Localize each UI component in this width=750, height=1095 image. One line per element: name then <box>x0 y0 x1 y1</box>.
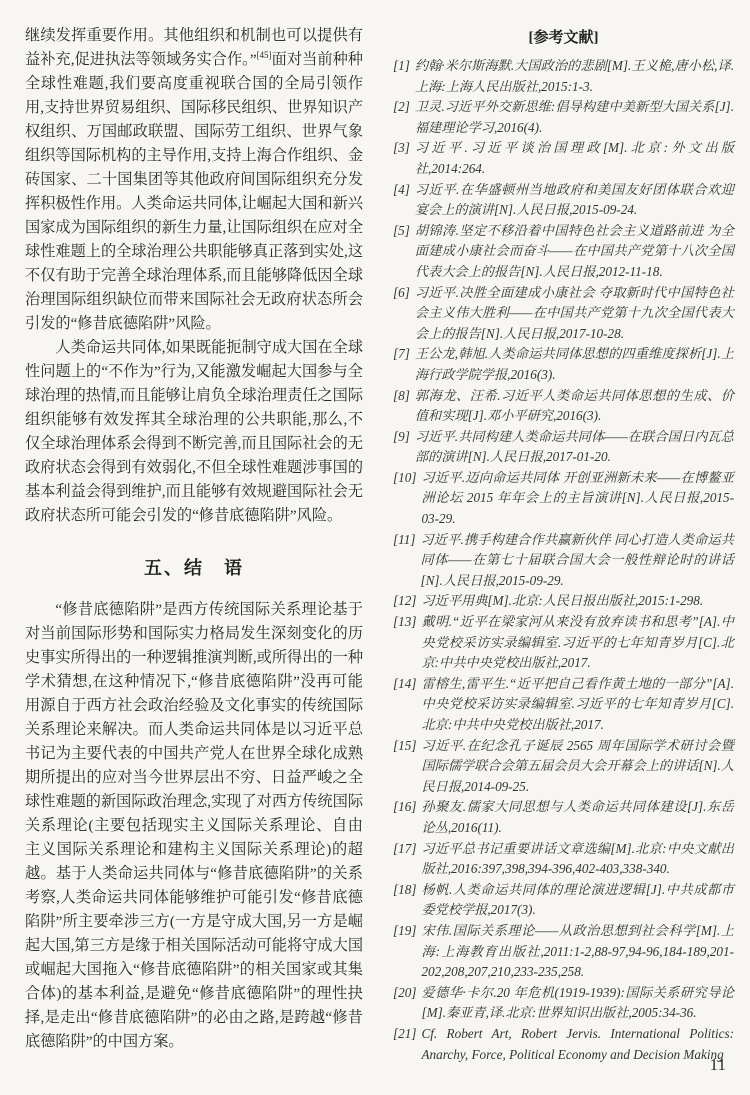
reference-item: [17] 习近平总书记重要讲话文章选编[M].北京:中央文献出版社,2016:3… <box>393 839 734 880</box>
reference-text: 杨帆.人类命运共同体的理论演进逻辑[J].中共成都市委党校学报,2017(3). <box>421 880 734 921</box>
reference-text: 约翰·米尔斯海默.大国政治的悲剧[M].王义桅,唐小松,译.上海:上海人民出版社… <box>415 56 734 97</box>
reference-item: [4] 习近平.在华盛顿州当地政府和美国友好团体联合欢迎宴会上的演讲[N].人民… <box>393 180 734 221</box>
reference-text: 爱德华·卡尔.20 年危机(1919-1939):国际关系研究导论[M].秦亚青… <box>421 983 734 1024</box>
paragraph: 人类命运共同体,如果既能扼制守成大国在全球性问题上的“不作为”行为,又能激发崛起… <box>25 336 363 528</box>
reference-number: [16] <box>393 797 416 818</box>
reference-item: [12] 习近平用典[M].北京:人民日报出版社,2015:1-298. <box>393 591 734 612</box>
reference-text: 雷榕生,雷平生.“近平把自己看作黄土地的一部分”[A].中央党校采访实录编辑室.… <box>421 674 734 736</box>
reference-item: [21] Cf. Robert Art, Robert Jervis. Inte… <box>393 1024 734 1065</box>
reference-number: [10] <box>393 468 416 489</box>
reference-item: [6] 习近平.决胜全面建成小康社会 夺取新时代中国特色社会主义伟大胜利——在中… <box>393 283 734 345</box>
reference-item: [5] 胡锦涛.坚定不移沿着中国特色社会主义道路前进 为全面建成小康社会而奋斗—… <box>393 221 734 283</box>
reference-item: [7] 王公龙,韩旭.人类命运共同体思想的四重维度探析[J].上海行政学院学报,… <box>393 344 734 385</box>
reference-text: 习近平用典[M].北京:人民日报出版社,2015:1-298. <box>421 591 734 612</box>
reference-number: [4] <box>393 180 410 201</box>
reference-number: [20] <box>393 983 416 1004</box>
reference-text: 胡锦涛.坚定不移沿着中国特色社会主义道路前进 为全面建成小康社会而奋斗——在中国… <box>415 221 734 283</box>
reference-text: 习近平.在纪念孔子诞辰 2565 周年国际学术研讨会暨国际儒学联合会第五届会员大… <box>421 736 734 798</box>
reference-number: [15] <box>393 736 416 757</box>
reference-number: [11] <box>393 530 415 551</box>
reference-list: [1] 约翰·米尔斯海默.大国政治的悲剧[M].王义桅,唐小松,译.上海:上海人… <box>393 56 734 1065</box>
reference-number: [1] <box>393 56 410 77</box>
reference-text: 习近平.迈向命运共同体 开创亚洲新未来——在博鳌亚洲论坛 2015 年年会上的主… <box>421 468 734 530</box>
reference-number: [13] <box>393 612 416 633</box>
reference-number: [17] <box>393 839 416 860</box>
right-column: [参考文献] [1] 约翰·米尔斯海默.大国政治的悲剧[M].王义桅,唐小松,译… <box>393 24 734 1095</box>
reference-number: [2] <box>393 97 410 118</box>
reference-number: [19] <box>393 921 416 942</box>
reference-item: [19] 宋伟.国际关系理论——从政治思想到社会科学[M].上海:上海教育出版社… <box>393 921 734 983</box>
reference-item: [11] 习近平.携手构建合作共赢新伙伴 同心打造人类命运共同体——在第七十届联… <box>393 530 734 592</box>
reference-item: [13] 戴明.“近平在梁家河从来没有放弃读书和思考”[A].中央党校采访实录编… <box>393 612 734 674</box>
reference-item: [14] 雷榕生,雷平生.“近平把自己看作黄土地的一部分”[A].中央党校采访实… <box>393 674 734 736</box>
reference-text: 宋伟.国际关系理论——从政治思想到社会科学[M].上海:上海教育出版社,2011… <box>421 921 734 983</box>
reference-number: [12] <box>393 591 416 612</box>
reference-number: [7] <box>393 344 410 365</box>
reference-text: Cf. Robert Art, Robert Jervis. Internati… <box>421 1024 734 1065</box>
references-header: [参考文献] <box>393 26 734 47</box>
reference-item: [3] 习近平.习近平谈治国理政[M].北京:外文出版社,2014:264. <box>393 138 734 179</box>
reference-item: [9] 习近平.共同构建人类命运共同体——在联合国日内瓦总部的演讲[N].人民日… <box>393 427 734 468</box>
section-heading: 五、结 语 <box>25 554 363 580</box>
conclusion-paragraph: “修昔底德陷阱”是西方传统国际关系理论基于对当前国际形势和国际实力格局发生深刻变… <box>25 598 363 1054</box>
reference-item: [10] 习近平.迈向命运共同体 开创亚洲新未来——在博鳌亚洲论坛 2015 年… <box>393 468 734 530</box>
paragraph-continued: 继续发挥重要作用。其他组织和机制也可以提供有益补充,促进执法等领域务实合作。”[… <box>25 24 363 336</box>
reference-text: 习近平.共同构建人类命运共同体——在联合国日内瓦总部的演讲[N].人民日报,20… <box>415 427 734 468</box>
reference-text: 习近平.在华盛顿州当地政府和美国友好团体联合欢迎宴会上的演讲[N].人民日报,2… <box>415 180 734 221</box>
reference-text: 孙聚友.儒家大同思想与人类命运共同体建设[J].东岳论丛,2016(11). <box>421 797 734 838</box>
journal-page: 继续发挥重要作用。其他组织和机制也可以提供有益补充,促进执法等领域务实合作。”[… <box>0 0 750 1095</box>
reference-item: [2] 卫灵.习近平外交新思维:倡导构建中美新型大国关系[J].福建理论学习,2… <box>393 97 734 138</box>
reference-text: 卫灵.习近平外交新思维:倡导构建中美新型大国关系[J].福建理论学习,2016(… <box>415 97 734 138</box>
reference-text: 郭海龙、汪希.习近平人类命运共同体思想的生成、价值和实现[J].邓小平研究,20… <box>415 386 734 427</box>
citation-mark: [45] <box>257 50 272 60</box>
reference-item: [16] 孙聚友.儒家大同思想与人类命运共同体建设[J].东岳论丛,2016(1… <box>393 797 734 838</box>
reference-item: [1] 约翰·米尔斯海默.大国政治的悲剧[M].王义桅,唐小松,译.上海:上海人… <box>393 56 734 97</box>
reference-number: [6] <box>393 283 410 304</box>
reference-number: [9] <box>393 427 410 448</box>
reference-number: [5] <box>393 221 410 242</box>
reference-text: 习近平.决胜全面建成小康社会 夺取新时代中国特色社会主义伟大胜利——在中国共产党… <box>415 283 734 345</box>
reference-item: [20] 爱德华·卡尔.20 年危机(1919-1939):国际关系研究导论[M… <box>393 983 734 1024</box>
reference-text: 王公龙,韩旭.人类命运共同体思想的四重维度探析[J].上海行政学院学报,2016… <box>415 344 734 385</box>
reference-number: [3] <box>393 138 410 159</box>
paragraph-text: 面对当前种种全球性难题,我们要高度重视联合国的全局引领作用,支持世界贸易组织、国… <box>25 51 363 332</box>
reference-number: [21] <box>393 1024 416 1045</box>
reference-number: [18] <box>393 880 416 901</box>
reference-item: [15] 习近平.在纪念孔子诞辰 2565 周年国际学术研讨会暨国际儒学联合会第… <box>393 736 734 798</box>
left-column: 继续发挥重要作用。其他组织和机制也可以提供有益补充,促进执法等领域务实合作。”[… <box>25 24 363 1095</box>
reference-item: [8] 郭海龙、汪希.习近平人类命运共同体思想的生成、价值和实现[J].邓小平研… <box>393 386 734 427</box>
reference-text: 戴明.“近平在梁家河从来没有放弃读书和思考”[A].中央党校采访实录编辑室.习近… <box>421 612 734 674</box>
reference-item: [18] 杨帆.人类命运共同体的理论演进逻辑[J].中共成都市委党校学报,201… <box>393 880 734 921</box>
reference-number: [8] <box>393 386 410 407</box>
reference-text: 习近平总书记重要讲话文章选编[M].北京:中央文献出版社,2016:397,39… <box>421 839 734 880</box>
page-number: 11 <box>710 1055 726 1075</box>
reference-number: [14] <box>393 674 416 695</box>
reference-text: 习近平.携手构建合作共赢新伙伴 同心打造人类命运共同体——在第七十届联合国大会一… <box>420 530 734 592</box>
reference-text: 习近平.习近平谈治国理政[M].北京:外文出版社,2014:264. <box>415 138 734 179</box>
